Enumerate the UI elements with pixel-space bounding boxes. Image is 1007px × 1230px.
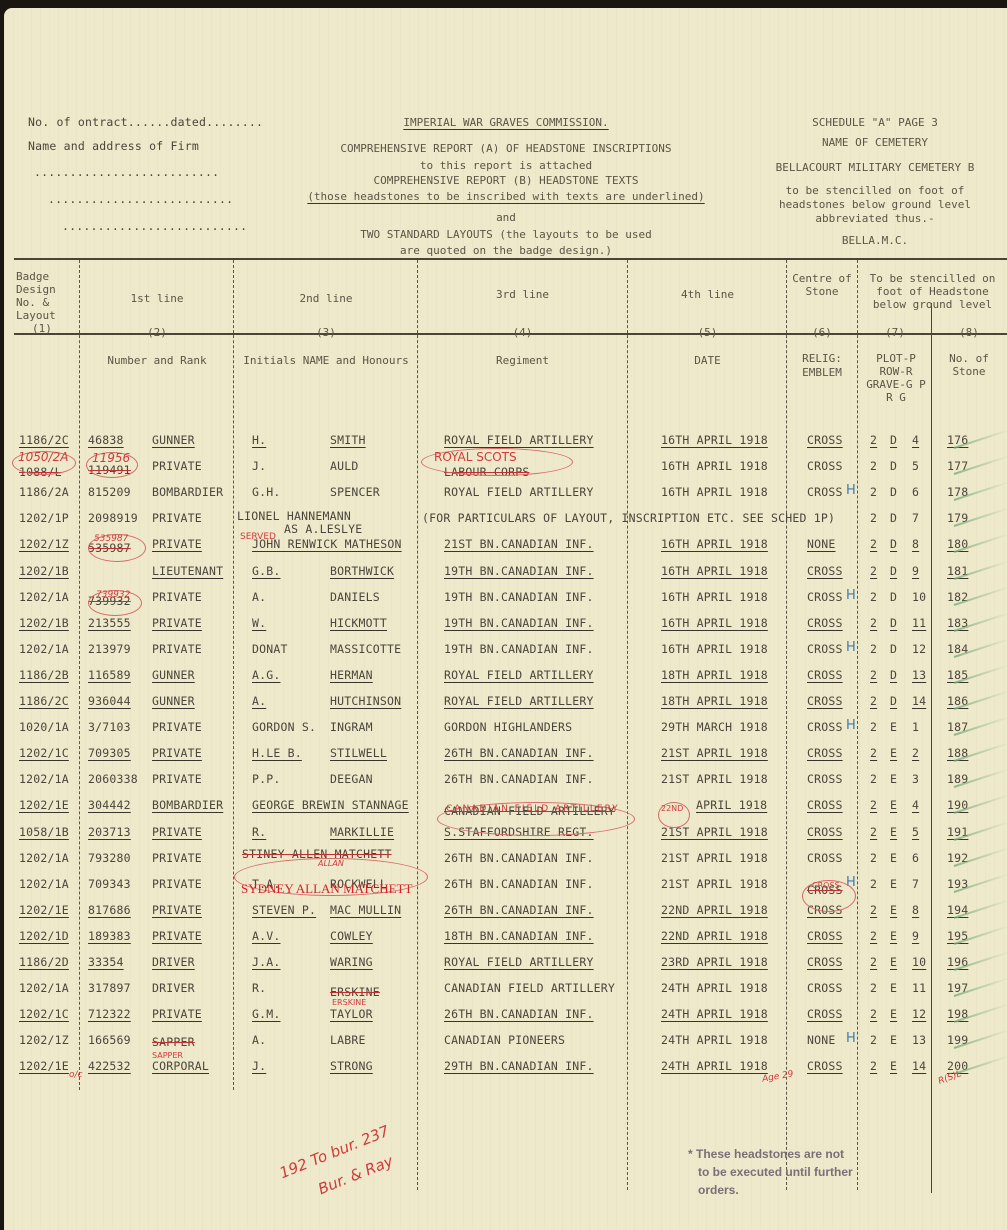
date-correction: 22ND [661, 804, 683, 813]
subheader-prg: PLOT-P ROW-R GRAVE-G P R G [862, 352, 930, 404]
cell-surname: COWLEY [330, 929, 373, 943]
cell-regiment: 29TH BN.CANADIAN INF. [444, 1059, 594, 1073]
cell-served-as: AS A.LESLYE [284, 522, 362, 536]
cell-regiment: 19TH BN.CANADIAN INF. [444, 590, 594, 604]
cell-regiment: 26TH BN.CANADIAN INF. [444, 903, 594, 917]
cell-surname: STRONG [330, 1059, 373, 1073]
cell-surname: STILWELL [330, 746, 387, 760]
cell-surname: INGRAM [330, 720, 373, 734]
cell-surname: HERMAN [330, 668, 373, 682]
cell-regiment: ROYAL FIELD ARTILLERY [444, 485, 594, 499]
cell-grave: 14 [912, 694, 926, 708]
cell-date: 18TH APRIL 1918 [661, 668, 768, 682]
cell-rank: PRIVATE [152, 746, 202, 760]
col-header-num-2: (2) [82, 326, 232, 340]
cell-number: 46838 [88, 433, 124, 447]
cell-badge: 1202/1B [19, 564, 69, 578]
stamp-line-3: orders. [698, 1181, 739, 1199]
cell-row: E [890, 851, 897, 865]
cell-regiment: ROYAL FIELD ARTILLERY [444, 694, 594, 708]
cell-name-struck: ERSKINE [330, 985, 380, 999]
cell-initials: J. [252, 1059, 266, 1073]
cell-date-rest: APRIL 1918 [696, 798, 767, 812]
cell-row: D [890, 485, 897, 499]
col-header-line2: 2nd line [236, 292, 416, 306]
firm-dots-3: .......................... [62, 219, 247, 233]
cell-surname: MARKILLIE [330, 825, 394, 839]
cell-row: D [890, 694, 897, 708]
cell-date: 16TH APRIL 1918 [661, 485, 768, 499]
cell-number: 2098919 [88, 511, 138, 525]
cell-row: E [890, 720, 897, 734]
col-header-num-7: (7) [860, 326, 930, 340]
cell-surname: HUTCHINSON [330, 694, 401, 708]
col-header-line4: 4th line [630, 288, 785, 302]
cell-date: 24TH APRIL 1918 [661, 1007, 768, 1021]
cell-grave: 9 [912, 929, 919, 943]
cell-date: 18TH APRIL 1918 [661, 694, 768, 708]
cell-rank: PRIVATE [152, 616, 202, 630]
cell-rank: PRIVATE [152, 720, 202, 734]
cell-grave: 5 [912, 459, 919, 473]
cell-date: 29TH MARCH 1918 [661, 720, 768, 734]
cell-badge: 1202/1E [19, 1059, 69, 1073]
cell-number: 213979 [88, 642, 131, 656]
cell-regiment: 19TH BN.CANADIAN INF. [444, 642, 594, 656]
report-line-7: are quoted on the badge design.) [286, 244, 726, 258]
cell-plot: 2 [870, 955, 877, 969]
cell-initials: STEVEN P. [252, 903, 316, 917]
cell-badge: 1202/1A [19, 851, 69, 865]
cell-emblem: CROSS [807, 433, 843, 447]
cell-emblem: CROSS [807, 720, 843, 734]
cell-rank: GUNNER [152, 433, 195, 447]
sapper-annotation: SAPPER [152, 1051, 183, 1060]
report-line-4: (those headstones to be inscribed with t… [286, 190, 726, 204]
cell-number: 166569 [88, 1033, 131, 1047]
cell-grave: 1 [912, 720, 919, 734]
cell-date: 21ST APRIL 1918 [661, 746, 768, 760]
schedule-page: SCHEDULE "A" PAGE 3 [750, 116, 1000, 130]
col-divider-1 [79, 260, 80, 1090]
col-header-badge: Badge Design No. & Layout(1) [16, 270, 76, 335]
cell-row: D [890, 668, 897, 682]
cell-row: E [890, 903, 897, 917]
cell-grave: 5 [912, 825, 919, 839]
subheader-emblem: RELIG: EMBLEM [789, 352, 855, 380]
cell-number: 213555 [88, 616, 131, 630]
cell-badge: 1202/1A [19, 877, 69, 891]
blue-h-mark-icon: H [846, 483, 856, 498]
cell-surname: SPENCER [330, 485, 380, 499]
cell-rank: PRIVATE [152, 642, 202, 656]
cell-emblem: CROSS [807, 616, 843, 630]
cell-badge: 1202/1A [19, 590, 69, 604]
cell-rank: PRIVATE [152, 825, 202, 839]
cell-plot: 2 [870, 511, 877, 525]
cell-grave: 4 [912, 433, 919, 447]
cell-grave: 13 [912, 1033, 926, 1047]
report-line-1: COMPREHENSIVE REPORT (A) OF HEADSTONE IN… [286, 142, 726, 156]
cell-date: 23RD APRIL 1918 [661, 955, 768, 969]
subheader-stone: No. of Stone [934, 352, 1004, 378]
cell-badge: 1202/1C [19, 746, 69, 760]
cell-date: 16TH APRIL 1918 [661, 590, 768, 604]
cell-number: 422532 [88, 1059, 131, 1073]
cell-plot: 2 [870, 564, 877, 578]
stamp-line-2: to be executed until further [698, 1163, 853, 1181]
cell-emblem: CROSS [807, 851, 843, 865]
cell-badge: 1202/1E [19, 903, 69, 917]
cell-badge: 1058/1B [19, 825, 69, 839]
cell-regiment: ROYAL FIELD ARTILLERY [444, 955, 594, 969]
cell-grave: 13 [912, 668, 926, 682]
cell-badge: 1202/1C [19, 1007, 69, 1021]
report-line-6: TWO STANDARD LAYOUTS (the layouts to be … [286, 228, 726, 242]
firm-dots-1: .......................... [34, 165, 219, 179]
cell-rank: BOMBARDIER [152, 798, 223, 812]
cell-emblem: CROSS [807, 564, 843, 578]
cell-number: 317897 [88, 981, 131, 995]
cell-grave: 8 [912, 537, 919, 551]
cell-date: 22ND APRIL 1918 [661, 929, 768, 943]
cemetery-abbrev: BELLA.M.C. [750, 234, 1000, 248]
cell-grave: 3 [912, 772, 919, 786]
cell-initials: A. [252, 590, 266, 604]
cell-emblem: CROSS [807, 1059, 843, 1073]
cell-plot: 2 [870, 616, 877, 630]
report-line-5: and [286, 211, 726, 225]
cell-plot: 2 [870, 1033, 877, 1047]
cell-row: E [890, 746, 897, 760]
cell-emblem: CROSS [807, 746, 843, 760]
cell-surname: MAC MULLIN [330, 903, 401, 917]
cell-number: 304442 [88, 798, 131, 812]
cell-initials: G.H. [252, 485, 281, 499]
col-header-num-4: (4) [420, 326, 625, 340]
number-correction: 11956 [92, 451, 130, 465]
cell-row: D [890, 616, 897, 630]
cell-number: 709305 [88, 746, 131, 760]
cell-number: 936044 [88, 694, 131, 708]
cell-rank: LIEUTENANT [152, 564, 223, 578]
cell-surname: BORTHWICK [330, 564, 394, 578]
cell-row: E [890, 981, 897, 995]
cell-emblem: CROSS [807, 955, 843, 969]
corrected-name: SYDNEY ALLAN MATCHETT [241, 881, 412, 897]
cell-date: 16TH APRIL 1918 [661, 433, 768, 447]
cell-regiment-note: (FOR PARTICULARS OF LAYOUT, INSCRIPTION … [422, 511, 835, 525]
number-correction-3: 739932 [96, 590, 130, 600]
cell-date: 16TH APRIL 1918 [661, 564, 768, 578]
col-divider-5 [786, 260, 787, 1190]
cell-name-full: LIONEL HANNEMANN [237, 509, 351, 523]
cell-row: D [890, 433, 897, 447]
cell-date: 24TH APRIL 1918 [661, 1033, 768, 1047]
cell-initials: R. [252, 981, 266, 995]
contract-line: No. of ontract......dated........ [28, 115, 263, 129]
cell-plot: 2 [870, 981, 877, 995]
cell-rank: PRIVATE [152, 1007, 202, 1021]
cell-regiment: GORDON HIGHLANDERS [444, 720, 572, 734]
cell-plot: 2 [870, 877, 877, 891]
cell-regiment: 26TH BN.CANADIAN INF. [444, 772, 594, 786]
cell-emblem: CROSS [807, 694, 843, 708]
cell-date: 22ND APRIL 1918 [661, 903, 768, 917]
cell-badge: 1202/1Z [19, 1033, 69, 1047]
cfa-correction: CANADIAN FIELD ARTILLERY [446, 804, 620, 814]
cell-grave: 11 [912, 616, 926, 630]
cell-regiment: 19TH BN.CANADIAN INF. [444, 564, 594, 578]
cell-rank: PRIVATE [152, 459, 202, 473]
blue-h-mark-icon: H [846, 718, 856, 733]
cell-grave: 8 [912, 903, 919, 917]
col-divider-7 [931, 303, 932, 1193]
col-header-num-3: (3) [236, 326, 416, 340]
cell-plot: 2 [870, 903, 877, 917]
cell-plot: 2 [870, 825, 877, 839]
cell-surname: HICKMOTT [330, 616, 387, 630]
cell-initials: A.V. [252, 929, 281, 943]
col-header-line1: 1st line [82, 292, 232, 306]
cell-number: 3/7103 [88, 720, 131, 734]
cell-plot: 2 [870, 537, 877, 551]
cell-plot: 2 [870, 433, 877, 447]
cell-initials: G.M. [252, 1007, 281, 1021]
cell-rank: PRIVATE [152, 772, 202, 786]
cell-emblem: CROSS [807, 825, 843, 839]
cell-date: 16TH APRIL 1918 [661, 459, 768, 473]
blue-h-mark-icon: H [846, 588, 856, 603]
number-correction-2: 535987 [94, 534, 128, 544]
cell-badge: 1202/1A [19, 772, 69, 786]
cell-initials: GORDON S. [252, 720, 316, 734]
cell-row: D [890, 459, 897, 473]
col-header-num-8: (8) [934, 326, 1004, 340]
firm-dots-2: .......................... [48, 192, 233, 206]
cell-grave: 10 [912, 590, 926, 604]
cell-grave: 11 [912, 981, 926, 995]
cell-number: 709343 [88, 877, 131, 891]
cell-row: D [890, 564, 897, 578]
cell-regiment: 21ST BN.CANADIAN INF. [444, 537, 594, 551]
cell-badge: 1186/2C [19, 433, 69, 447]
cell-badge: 1202/1B [19, 616, 69, 630]
cell-badge: 1186/2A [19, 485, 69, 499]
subheader-regiment: Regiment [420, 354, 625, 368]
rsl-annotation: R(S)L [937, 1069, 963, 1087]
cell-row: E [890, 955, 897, 969]
cell-grave: 10 [912, 955, 926, 969]
cell-plot: 2 [870, 694, 877, 708]
cell-surname: DANIELS [330, 590, 380, 604]
col-divider-4 [627, 260, 628, 1190]
cell-row: D [890, 642, 897, 656]
cell-rank: PRIVATE [152, 537, 202, 551]
cell-surname: DEEGAN [330, 772, 373, 786]
cell-grave: 12 [912, 642, 926, 656]
cross-correction: CROSS [812, 881, 840, 890]
col-header-num-6: (6) [789, 326, 855, 340]
cell-rank: PRIVATE [152, 877, 202, 891]
cell-rank-struck: SAPPER [152, 1035, 195, 1049]
cell-initials: J.A. [252, 955, 281, 969]
cell-emblem: CROSS [807, 590, 843, 604]
cell-grave: 4 [912, 798, 919, 812]
cell-date: 24TH APRIL 1918 [661, 981, 768, 995]
cell-name-full: GEORGE BREWIN STANNAGE [252, 798, 409, 812]
cell-plot: 2 [870, 590, 877, 604]
cell-row: E [890, 1059, 897, 1073]
cell-badge: 1202/1P [19, 511, 69, 525]
cell-surname: LABRE [330, 1033, 366, 1047]
cell-row: E [890, 1007, 897, 1021]
cell-initials: J. [252, 459, 266, 473]
cell-row: E [890, 929, 897, 943]
cell-initials: H. [252, 433, 266, 447]
cell-grave: 12 [912, 1007, 926, 1021]
cell-row: E [890, 772, 897, 786]
cell-plot: 2 [870, 459, 877, 473]
cell-rank: PRIVATE [152, 903, 202, 917]
cell-initials: H.LE B. [252, 746, 302, 760]
commission-title: IMPERIAL WAR GRAVES COMMISSION. [286, 116, 726, 130]
cell-row: E [890, 1033, 897, 1047]
cell-plot: 2 [870, 485, 877, 499]
cell-rank: DRIVER [152, 955, 195, 969]
table-top-rule [14, 258, 1007, 260]
regiment-correction: ROYAL SCOTS [434, 450, 517, 464]
cell-date: 16TH APRIL 1918 [661, 642, 768, 656]
stencil-note-3: abbreviated thus.- [750, 212, 1000, 226]
cell-plot: 2 [870, 798, 877, 812]
cell-number: 203713 [88, 825, 131, 839]
cell-plot: 2 [870, 668, 877, 682]
cell-rank: DRIVER [152, 981, 195, 995]
cell-surname: WARING [330, 955, 373, 969]
document-sheet: No. of ontract......dated........ Name a… [4, 8, 1007, 1230]
cell-plot: 2 [870, 1007, 877, 1021]
cell-initials: W. [252, 616, 266, 630]
cell-emblem: CROSS [807, 459, 843, 473]
report-line-3: COMPREHENSIVE REPORT (B) HEADSTONE TEXTS [286, 174, 726, 188]
cell-emblem: NONE [807, 537, 836, 551]
cell-regiment: ROYAL FIELD ARTILLERY [444, 668, 594, 682]
cell-number: 116589 [88, 668, 131, 682]
cell-row: E [890, 798, 897, 812]
stamp-line-1: * These headstones are not [688, 1145, 844, 1163]
stencil-note-1: to be stencilled on foot of [750, 184, 1000, 198]
cell-surname: MASSICOTTE [330, 642, 401, 656]
erskine-annotation: ERSKINE [332, 998, 366, 1007]
cell-grave: 2 [912, 746, 919, 760]
cell-row: E [890, 825, 897, 839]
cell-emblem: CROSS [807, 798, 843, 812]
cell-row: D [890, 537, 897, 551]
cell-plot: 2 [870, 851, 877, 865]
cell-grave: 9 [912, 564, 919, 578]
firm-label: Name and address of Firm [28, 139, 199, 153]
cell-row: D [890, 511, 897, 525]
cell-date: 21ST APRIL 1918 [661, 772, 768, 786]
col-header-line3: 3rd line [420, 288, 625, 302]
cell-rank: PRIVATE [152, 511, 202, 525]
cell-date: 16TH APRIL 1918 [661, 616, 768, 630]
cell-emblem: CROSS [807, 642, 843, 656]
cell-row: E [890, 877, 897, 891]
col-divider-3 [417, 260, 418, 1190]
cell-badge: 1202/1Z [19, 537, 69, 551]
badge-correction: 1050/2A [18, 450, 68, 464]
served-annotation: SERVED [240, 532, 276, 542]
cell-regiment: 26TH BN.CANADIAN INF. [444, 877, 594, 891]
cell-rank: BOMBARDIER [152, 485, 223, 499]
cell-badge: 1202/1E [19, 798, 69, 812]
cell-initials: R. [252, 825, 266, 839]
blue-h-mark-icon: H [846, 1031, 856, 1046]
cell-surname: SMITH [330, 433, 366, 447]
cell-plot: 2 [870, 772, 877, 786]
cell-grave: 14 [912, 1059, 926, 1073]
blue-h-mark-icon: H [846, 640, 856, 655]
cell-surname: AULD [330, 459, 359, 473]
cell-rank: CORPORAL [152, 1059, 209, 1073]
cell-rank: PRIVATE [152, 590, 202, 604]
cemetery-name: BELLACOURT MILITARY CEMETERY B [750, 161, 1000, 175]
col-divider-6 [857, 260, 858, 1190]
subheader-number-rank: Number and Rank [82, 354, 232, 368]
cell-emblem: CROSS [807, 929, 843, 943]
cell-rank: PRIVATE [152, 851, 202, 865]
cell-grave: 7 [912, 511, 919, 525]
cell-number: 793280 [88, 851, 131, 865]
cemetery-label: NAME OF CEMETERY [750, 136, 1000, 150]
cell-number: 815209 [88, 485, 131, 499]
cell-emblem: CROSS [807, 485, 843, 499]
cell-regiment: ROYAL FIELD ARTILLERY [444, 433, 594, 447]
col-header-stencil: To be stencilled on foot of Headstone be… [860, 272, 1005, 311]
cell-initials: G.B. [252, 564, 281, 578]
cell-number: 712322 [88, 1007, 131, 1021]
col-header-num-5: (5) [630, 326, 785, 340]
cell-badge: 1186/2D [19, 955, 69, 969]
cell-date: 24TH APRIL 1918 [661, 1059, 768, 1073]
cell-regiment: 19TH BN.CANADIAN INF. [444, 616, 594, 630]
cell-row: D [890, 590, 897, 604]
cell-badge: 1020/1A [19, 720, 69, 734]
cell-date: 16TH APRIL 1918 [661, 537, 768, 551]
cell-number: 2060338 [88, 772, 138, 786]
cell-badge: 1186/2B [19, 668, 69, 682]
cell-badge: 1202/1D [19, 929, 69, 943]
cell-number: 817686 [88, 903, 131, 917]
cell-plot: 2 [870, 929, 877, 943]
cell-regiment: 26TH BN.CANADIAN INF. [444, 746, 594, 760]
col-divider-2 [233, 260, 234, 1090]
cell-grave: 6 [912, 485, 919, 499]
cell-emblem: CROSS [807, 772, 843, 786]
cell-regiment: 26TH BN.CANADIAN INF. [444, 851, 594, 865]
cell-regiment: 18TH BN.CANADIAN INF. [444, 929, 594, 943]
cell-badge: 1202/1A [19, 981, 69, 995]
cell-date: 21ST APRIL 1918 [661, 877, 768, 891]
cell-number: 189383 [88, 929, 131, 943]
cell-emblem: CROSS [807, 981, 843, 995]
cell-rank: GUNNER [152, 694, 195, 708]
cell-initials: P.P. [252, 772, 281, 786]
cell-emblem: CROSS [807, 1007, 843, 1021]
cell-rank: GUNNER [152, 668, 195, 682]
